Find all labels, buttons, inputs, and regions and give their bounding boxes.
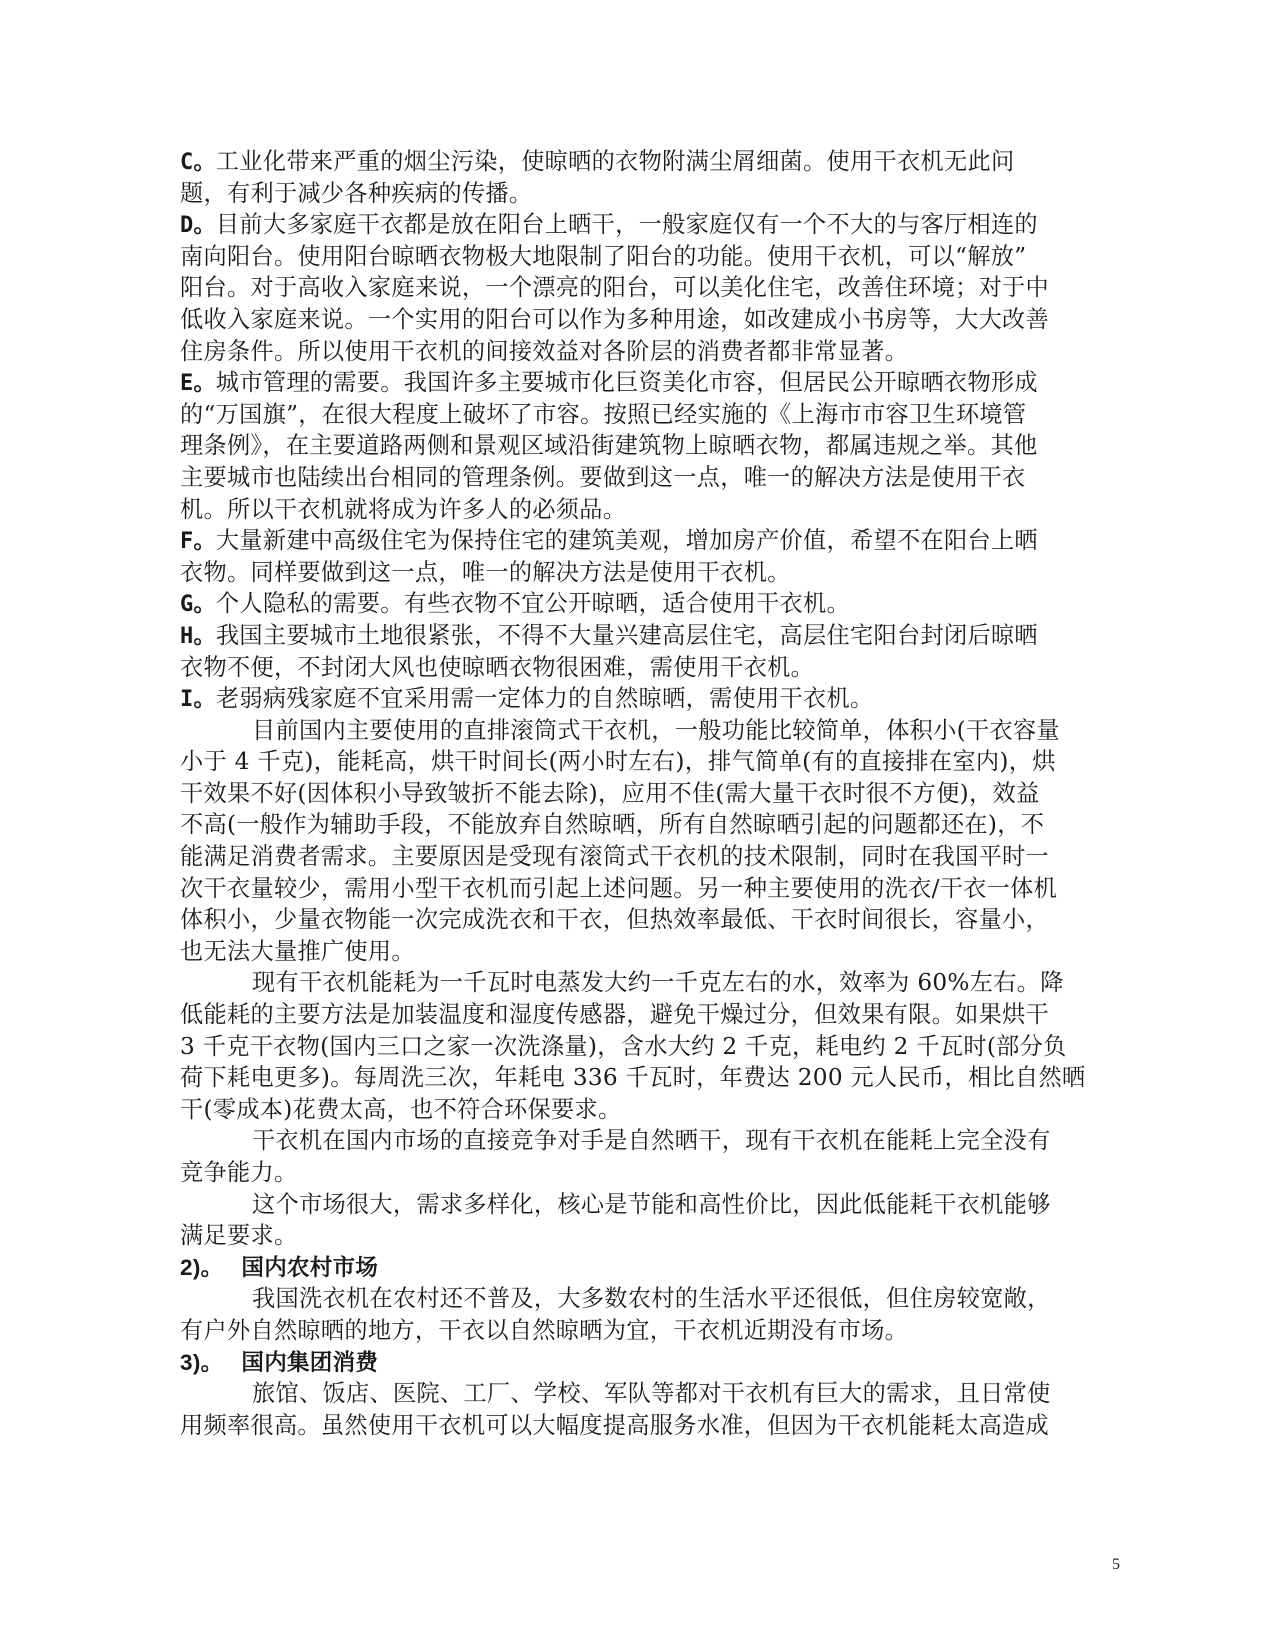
paragraph-line: 低能耗的主要方法是加装温度和湿度传感器，避免干燥过分，但效果有限。如果烘干	[180, 999, 1092, 1031]
section-number: 2)。	[180, 1255, 223, 1280]
list-line: G。个人隐私的需要。有些衣物不宜公开晾晒，适合使用干衣机。	[180, 588, 1092, 620]
section-group-consumption: 3)。国内集团消费 旅馆、饭店、医院、工厂、学校、军队等都对干衣机有巨大的需求，…	[180, 1347, 1092, 1442]
paragraph-line: 竞争能力。	[180, 1157, 1092, 1189]
list-text: 题，有利于减少各种疾病的传播。	[180, 180, 532, 207]
paragraph-line: 干衣机在国内市场的直接竞争对手是自然晒干，现有干衣机在能耗上完全没有	[180, 1125, 1092, 1157]
paragraph-line: 旅馆、饭店、医院、工厂、学校、军队等都对干衣机有巨大的需求，且日常使	[180, 1378, 1092, 1410]
list-label: C。	[180, 150, 216, 175]
list-text: 南向阳台。使用阳台晾晒衣物极大地限制了阳台的功能。使用干衣机，可以“解放”	[180, 243, 1026, 270]
document-page: C。工业化带来严重的烟尘污染，使晾晒的衣物附满尘屑细菌。使用干衣机无此问 题，有…	[180, 146, 1092, 1441]
page-number: 5	[1112, 1556, 1120, 1574]
paragraph-line: 小于 4 千克)，能耗高，烘干时间长(两小时左右)，排气简单(有的直接排在室内)…	[180, 746, 1092, 778]
list-text: 的“万国旗”，在很大程度上破坏了市容。按照已经实施的《上海市市容卫生环境管	[180, 401, 1026, 428]
benefit-list: C。工业化带来严重的烟尘污染，使晾晒的衣物附满尘屑细菌。使用干衣机无此问 题，有…	[180, 146, 1092, 715]
list-text: 个人隐私的需要。有些衣物不宜公开晾晒，适合使用干衣机。	[216, 590, 850, 617]
list-line: 主要城市也陆续出台相同的管理条例。要做到这一点，唯一的解决方法是使用干衣	[180, 462, 1092, 494]
list-label: I。	[180, 687, 216, 712]
list-line: 南向阳台。使用阳台晾晒衣物极大地限制了阳台的功能。使用干衣机，可以“解放”	[180, 241, 1092, 273]
paragraph-line: 3 千克干衣物(国内三口之家一次洗涤量)，含水大约 2 千克，耗电约 2 千瓦时…	[180, 1031, 1092, 1063]
list-text: 理条例》，在主要道路两侧和景观区域沿街建筑物上晾晒衣物，都属违规之举。其他	[180, 432, 1037, 459]
paragraph-line: 有户外自然晾晒的地方，干衣以自然晾晒为宜，干衣机近期没有市场。	[180, 1315, 1092, 1347]
section-number: 3)。	[180, 1350, 223, 1375]
list-label: E。	[180, 371, 216, 396]
list-text: 住房条件。所以使用干衣机的间接效益对各阶层的消费者都非常显著。	[180, 338, 908, 365]
paragraph-line: 干效果不好(因体积小导致皱折不能去除)，应用不佳(需大量干衣时很不方便)，效益	[180, 778, 1092, 810]
paragraph-line: 不高(一般作为辅助手段，不能放弃自然晾晒，所有自然晾晒引起的问题都还在)，不	[180, 809, 1092, 841]
list-label: H。	[180, 624, 216, 649]
list-text: 老弱病残家庭不宜采用需一定体力的自然晾晒，需使用干衣机。	[216, 685, 874, 712]
list-text: 我国主要城市土地很紧张，不得不大量兴建高层住宅，高层住宅阳台封闭后晾晒	[216, 622, 1038, 649]
list-line: I。老弱病残家庭不宜采用需一定体力的自然晾晒，需使用干衣机。	[180, 683, 1092, 715]
list-line: 阳台。对于高收入家庭来说，一个漂亮的阳台，可以美化住宅，改善住环境；对于中	[180, 272, 1092, 304]
paragraph-competition: 干衣机在国内市场的直接竞争对手是自然晒干，现有干衣机在能耗上完全没有 竞争能力。	[180, 1125, 1092, 1188]
paragraph-line: 满足要求。	[180, 1220, 1092, 1252]
list-line: 机。所以干衣机就将成为许多人的必须品。	[180, 494, 1092, 526]
list-label: D。	[180, 213, 216, 238]
paragraph-market: 这个市场很大，需求多样化，核心是节能和高性价比，因此低能耗干衣机能够 满足要求。	[180, 1189, 1092, 1252]
list-text: 主要城市也陆续出台相同的管理条例。要做到这一点，唯一的解决方法是使用干衣	[180, 464, 1026, 491]
list-text: 阳台。对于高收入家庭来说，一个漂亮的阳台，可以美化住宅，改善住环境；对于中	[180, 274, 1049, 301]
list-line: E。城市管理的需要。我国许多主要城市化巨资美化市容，但居民公开晾晒衣物形成	[180, 367, 1092, 399]
list-text: 城市管理的需要。我国许多主要城市化巨资美化市容，但居民公开晾晒衣物形成	[216, 369, 1038, 396]
list-line: H。我国主要城市土地很紧张，不得不大量兴建高层住宅，高层住宅阳台封闭后晾晒	[180, 620, 1092, 652]
list-line: 的“万国旗”，在很大程度上破坏了市容。按照已经实施的《上海市市容卫生环境管	[180, 399, 1092, 431]
section-title: 国内集团消费	[241, 1350, 378, 1376]
paragraph-line: 荷下耗电更多)。每周洗三次，年耗电 336 千瓦时，年费达 200 元人民币，相…	[180, 1062, 1092, 1094]
section-rural-market: 2)。国内农村市场 我国洗衣机在农村还不普及，大多数农村的生活水平还很低，但住房…	[180, 1252, 1092, 1347]
paragraph-dryer-types: 目前国内主要使用的直排滚筒式干衣机，一般功能比较简单，体积小(干衣容量 小于 4…	[180, 715, 1092, 968]
paragraph-energy: 现有干衣机能耗为一千瓦时电蒸发大约一千克左右的水，效率为 60%左右。降 低能耗…	[180, 967, 1092, 1125]
list-text: 大量新建中高级住宅为保持住宅的建筑美观，增加房产价值，希望不在阳台上晒	[216, 527, 1038, 554]
paragraph-line: 也无法大量推广使用。	[180, 936, 1092, 968]
list-text: 衣物。同样要做到这一点，唯一的解决方法是使用干衣机。	[180, 559, 791, 586]
paragraph-line: 这个市场很大，需求多样化，核心是节能和高性价比，因此低能耗干衣机能够	[180, 1189, 1092, 1221]
paragraph-line: 次干衣量较少，需用小型干衣机而引起上述问题。另一种主要使用的洗衣/干衣一体机	[180, 873, 1092, 905]
list-line: 衣物。同样要做到这一点，唯一的解决方法是使用干衣机。	[180, 557, 1092, 589]
list-line: F。大量新建中高级住宅为保持住宅的建筑美观，增加房产价值，希望不在阳台上晒	[180, 525, 1092, 557]
list-line: D。目前大多家庭干衣都是放在阳台上晒干，一般家庭仅有一个不大的与客厅相连的	[180, 209, 1092, 241]
list-text: 低收入家庭来说。一个实用的阳台可以作为多种用途，如改建成小书房等，大大改善	[180, 306, 1049, 333]
paragraph-line: 干(零成本)花费太高，也不符合环保要求。	[180, 1094, 1092, 1126]
list-line: 衣物不便，不封闭大风也使晾晒衣物很困难，需使用干衣机。	[180, 652, 1092, 684]
list-text: 工业化带来严重的烟尘污染，使晾晒的衣物附满尘屑细菌。使用干衣机无此问	[216, 148, 1015, 175]
paragraph-line: 目前国内主要使用的直排滚筒式干衣机，一般功能比较简单，体积小(干衣容量	[180, 715, 1092, 747]
list-line: 题，有利于减少各种疾病的传播。	[180, 178, 1092, 210]
list-line: C。工业化带来严重的烟尘污染，使晾晒的衣物附满尘屑细菌。使用干衣机无此问	[180, 146, 1092, 178]
paragraph-line: 我国洗衣机在农村还不普及，大多数农村的生活水平还很低，但住房较宽敞，	[180, 1283, 1092, 1315]
section-heading: 2)。国内农村市场	[180, 1252, 1092, 1284]
paragraph-line: 能满足消费者需求。主要原因是受现有滚筒式干衣机的技术限制，同时在我国平时一	[180, 841, 1092, 873]
list-line: 理条例》，在主要道路两侧和景观区域沿街建筑物上晾晒衣物，都属违规之举。其他	[180, 430, 1092, 462]
section-heading: 3)。国内集团消费	[180, 1347, 1092, 1379]
list-label: F。	[180, 529, 216, 554]
paragraph-line: 体积小，少量衣物能一次完成洗衣和干衣，但热效率最低、干衣时间很长，容量小，	[180, 904, 1092, 936]
list-text: 目前大多家庭干衣都是放在阳台上晒干，一般家庭仅有一个不大的与客厅相连的	[216, 211, 1038, 238]
section-title: 国内农村市场	[241, 1255, 378, 1281]
list-text: 衣物不便，不封闭大风也使晾晒衣物很困难，需使用干衣机。	[180, 654, 814, 681]
paragraph-line: 用频率很高。虽然使用干衣机可以大幅度提高服务水准，但因为干衣机能耗太高造成	[180, 1410, 1092, 1442]
list-text: 机。所以干衣机就将成为许多人的必须品。	[180, 496, 626, 523]
list-label: G。	[180, 592, 216, 617]
list-line: 低收入家庭来说。一个实用的阳台可以作为多种用途，如改建成小书房等，大大改善	[180, 304, 1092, 336]
list-line: 住房条件。所以使用干衣机的间接效益对各阶层的消费者都非常显著。	[180, 336, 1092, 368]
paragraph-line: 现有干衣机能耗为一千瓦时电蒸发大约一千克左右的水，效率为 60%左右。降	[180, 967, 1092, 999]
